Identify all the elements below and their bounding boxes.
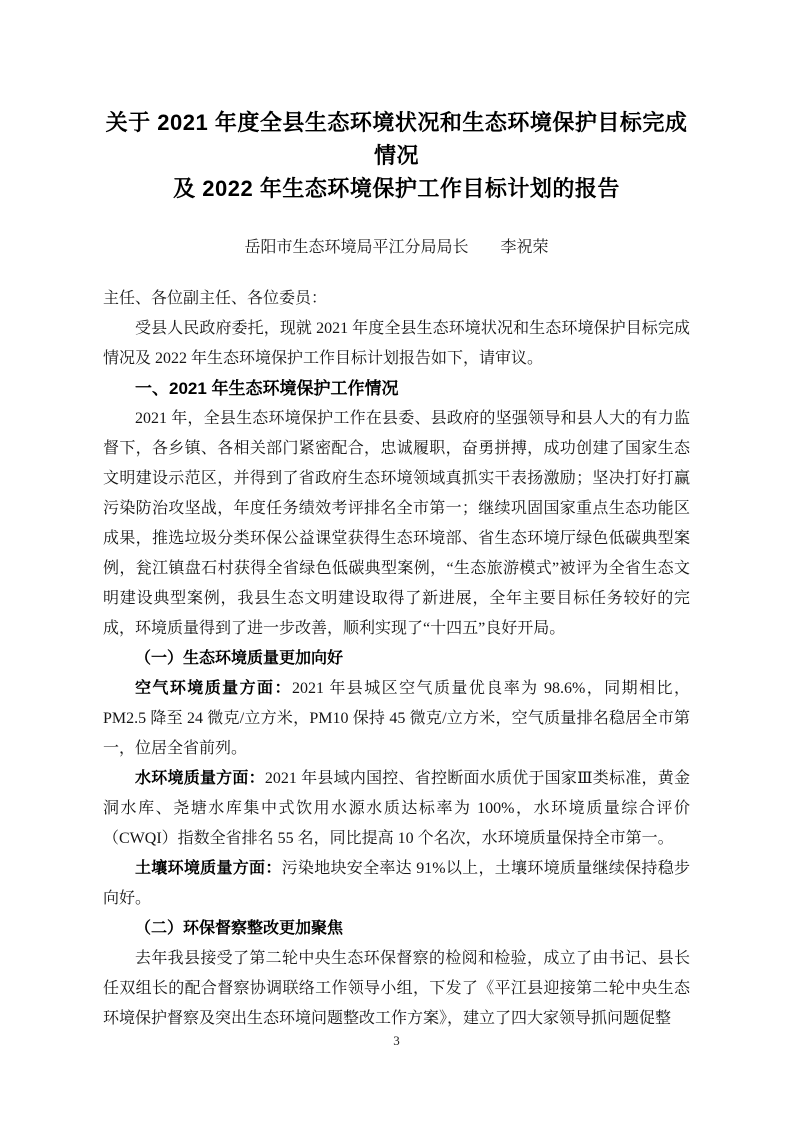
subsection-2-paragraph: 去年我县接受了第二轮中央生态环保督察的检阅和检验，成立了由书记、县长任双组长的配… <box>103 944 690 1034</box>
water-quality-paragraph: 水环境质量方面：2021 年县域内国控、省控断面水质优于国家Ⅲ类标准，黄金洞水库… <box>103 764 690 854</box>
water-quality-label: 水环境质量方面： <box>135 770 265 787</box>
subsection-1-heading: （一）生态环境质量更加向好 <box>103 644 690 674</box>
document-title-line2: 及 2022 年生态环境保护工作目标计划的报告 <box>173 176 620 201</box>
soil-quality-label: 土壤环境质量方面： <box>135 860 282 877</box>
soil-quality-paragraph: 土壤环境质量方面：污染地块安全率达 91%以上，土壤环境质量继续保持稳步向好。 <box>103 854 690 914</box>
air-quality-paragraph: 空气环境质量方面：2021 年县城区空气质量优良率为 98.6%，同期相比，PM… <box>103 674 690 764</box>
section-1-overview-paragraph: 2021 年，全县生态环境保护工作在县委、县政府的坚强领导和县人大的有力监督下，… <box>103 404 690 644</box>
intro-paragraph: 受县人民政府委托，现就 2021 年度全县生态环境状况和生态环境保护目标完成情况… <box>103 314 690 374</box>
byline: 岳阳市生态环境局平江分局局长 李祝荣 <box>103 236 690 259</box>
document-title-line1: 关于 2021 年度全县生态环境状况和生态环境保护目标完成情况 <box>106 110 688 168</box>
page-number: 3 <box>0 1033 793 1049</box>
salutation: 主任、各位副主任、各位委员： <box>103 284 690 314</box>
section-1-heading: 一、2021 年生态环境保护工作情况 <box>103 374 690 404</box>
document-body: 主任、各位副主任、各位委员： 受县人民政府委托，现就 2021 年度全县生态环境… <box>103 284 690 1034</box>
document-page: 关于 2021 年度全县生态环境状况和生态环境保护目标完成情况 及 2022 年… <box>0 0 793 1122</box>
subsection-2-heading: （二）环保督察整改更加聚焦 <box>103 914 690 944</box>
document-title: 关于 2021 年度全县生态环境状况和生态环境保护目标完成情况 及 2022 年… <box>103 106 690 205</box>
air-quality-label: 空气环境质量方面： <box>135 680 292 697</box>
